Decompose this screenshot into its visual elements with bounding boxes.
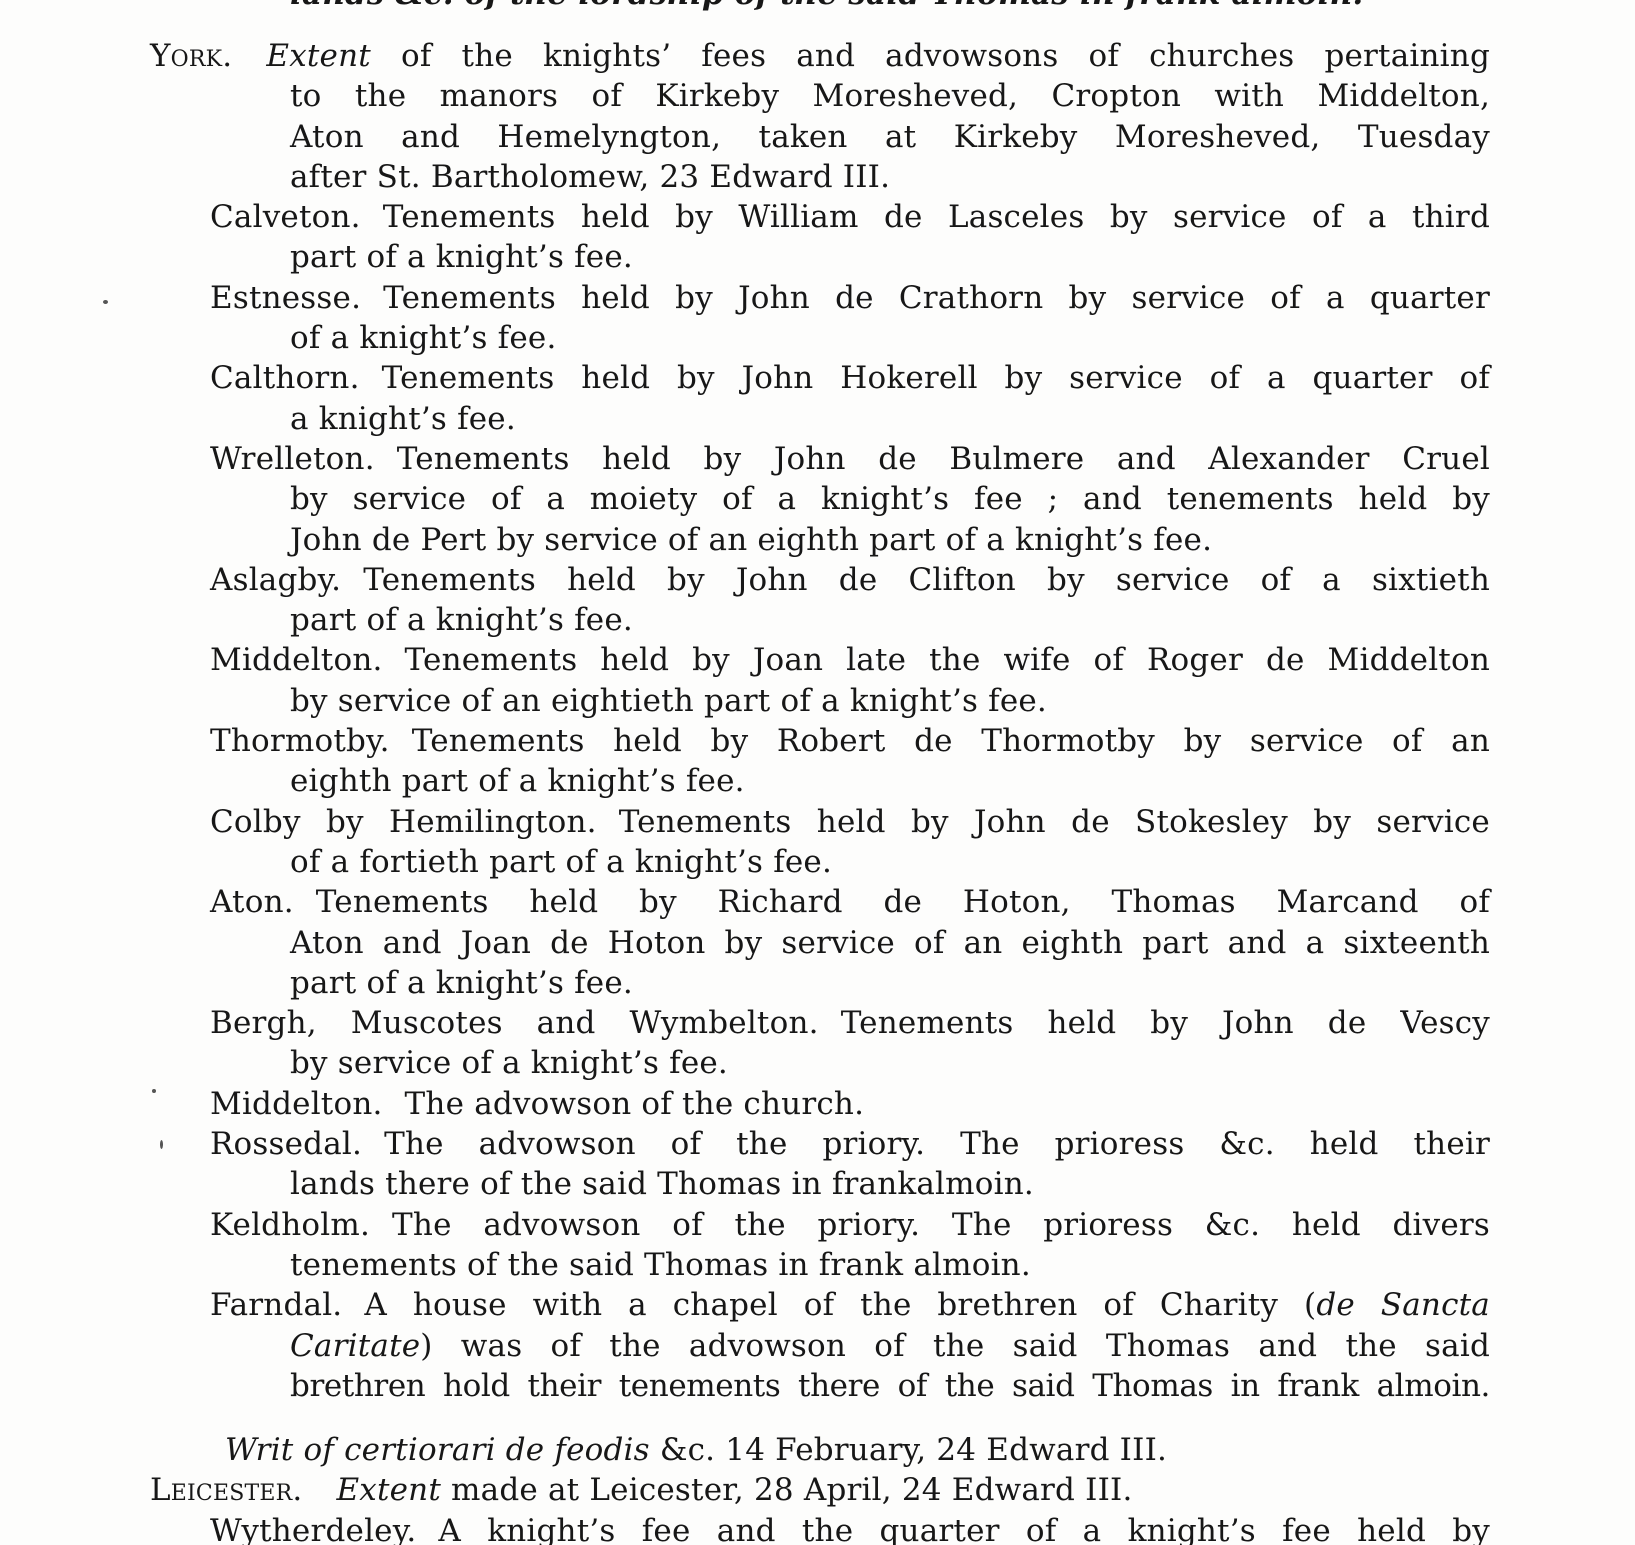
text-segment: part of a knight’s fee. [290, 965, 633, 1001]
text-line: Thormotby.Tenements held by Robert de Th… [150, 721, 1490, 761]
text-line: of a knight’s fee. [150, 318, 1490, 358]
place-label: Calthorn. [210, 360, 360, 396]
text-segment: Tenements held by John Hokerell by servi… [382, 360, 1490, 396]
place-label: Keldholm. [210, 1207, 370, 1243]
text-segment: The advowson of the priory. The prioress… [392, 1207, 1490, 1243]
county-label: York. [150, 38, 232, 74]
place-label: Calveton. [210, 199, 361, 235]
text-line: Wytherdeley.A knight’s fee and the quart… [150, 1511, 1490, 1545]
text-line: part of a knight’s fee. [150, 963, 1490, 1003]
text-segment: by service of a moiety of a knight’s fee… [290, 481, 1490, 517]
text-line: Colby by Hemilington.Tenements held by J… [150, 802, 1490, 842]
text-line: Writ of certiorari de feodis &c. 14 Febr… [150, 1430, 1490, 1470]
text-segment: after St. Bartholomew, 23 Edward III. [290, 159, 890, 195]
text-segment: John de Pert by service of an eighth par… [290, 522, 1212, 558]
text-segment: Tenements held by Joan late the wife of … [405, 642, 1490, 678]
place-label: Thormotby. [210, 723, 390, 759]
place-label: Middelton. [210, 1086, 383, 1122]
text-line: tenements of the said Thomas in frank al… [150, 1245, 1490, 1285]
text-segment: made at Leicester, 28 April, 24 Edward I… [441, 1472, 1133, 1508]
text-line: Caritate) was of the advowson of the sai… [150, 1326, 1490, 1366]
text-line: part of a knight’s fee. [150, 600, 1490, 640]
top-cutoff-line: lands &c. of the lordship of the said Th… [290, 0, 1490, 14]
text-line: Farndal.A house with a chapel of the bre… [150, 1285, 1490, 1325]
text-line: Keldholm.The advowson of the priory. The… [150, 1205, 1490, 1245]
text-segment: Tenements held by John de Clifton by ser… [363, 562, 1490, 598]
place-label: Middelton. [210, 642, 383, 678]
text-line: Middelton.The advowson of the church. [150, 1084, 1490, 1124]
text-segment: Tenements held by John de Stokesley by s… [619, 804, 1490, 840]
county-label: Leicester. [150, 1472, 302, 1508]
place-label: Wrelleton. [210, 441, 375, 477]
text-segment: A knight’s fee and the quarter of a knig… [438, 1513, 1490, 1545]
place-label: Bergh, Muscotes and Wymbelton. [210, 1005, 819, 1041]
text-line: of a fortieth part of a knight’s fee. [150, 842, 1490, 882]
text-line: Wrelleton.Tenements held by John de Bulm… [150, 439, 1490, 479]
text-segment: part of a knight’s fee. [290, 602, 633, 638]
text-segment: The advowson of the priory. The prioress… [384, 1126, 1490, 1162]
place-label: Aton. [210, 884, 294, 920]
text-line: brethren hold their tenements there of t… [150, 1366, 1490, 1406]
text-segment: Aton and Hemelyngton, taken at Kirkeby M… [290, 119, 1490, 155]
place-label: Farndal. [210, 1287, 342, 1323]
text-segment: Caritate [290, 1328, 420, 1364]
text-line: Estnesse.Tenements held by John de Crath… [150, 278, 1490, 318]
place-label: Colby by Hemilington. [210, 804, 597, 840]
text-segment: of the knights’ fees and advowsons of ch… [371, 38, 1490, 74]
text-segment: to the manors of Kirkeby Moresheved, Cro… [290, 78, 1490, 114]
place-label: Estnesse. [210, 280, 361, 316]
scan-speckle [160, 1140, 163, 1149]
text-line: by service of an eightieth part of a kni… [150, 681, 1490, 721]
text-segment: by service of an eightieth part of a kni… [290, 683, 1047, 719]
text-segment: Tenements held by John de Bulmere and Al… [397, 441, 1490, 477]
text-segment: part of a knight’s fee. [290, 239, 633, 275]
page-text-column: York.Extent of the knights’ fees and adv… [150, 36, 1490, 1545]
text-line: by service of a knight’s fee. [150, 1043, 1490, 1083]
text-segment: Writ of certiorari de feodis [225, 1432, 650, 1468]
text-segment: A house with a chapel of the brethren of… [364, 1287, 1316, 1323]
text-line: Middelton.Tenements held by Joan late th… [150, 640, 1490, 680]
text-segment: Tenements held by William de Lasceles by… [383, 199, 1490, 235]
text-segment: a knight’s fee. [290, 401, 516, 437]
text-line: Aton and Joan de Hoton by service of an … [150, 923, 1490, 963]
text-line: Aslagby.Tenements held by John de Clifto… [150, 560, 1490, 600]
text-line: a knight’s fee. [150, 399, 1490, 439]
place-label: Wytherdeley. [210, 1513, 416, 1545]
text-segment: Extent [266, 38, 371, 74]
text-line: to the manors of Kirkeby Moresheved, Cro… [150, 76, 1490, 116]
text-line: Bergh, Muscotes and Wymbelton.Tenements … [150, 1003, 1490, 1043]
text-segment: eighth part of a knight’s fee. [290, 763, 745, 799]
place-label: Aslagby. [210, 562, 341, 598]
text-line: eighth part of a knight’s fee. [150, 761, 1490, 801]
text-segment: Extent [336, 1472, 441, 1508]
text-segment: tenements of the said Thomas in frank al… [290, 1247, 1031, 1283]
text-line: after St. Bartholomew, 23 Edward III. [150, 157, 1490, 197]
text-segment: brethren hold their tenements there of t… [290, 1368, 1490, 1404]
text-segment: lands there of the said Thomas in franka… [290, 1166, 1034, 1202]
text-line: Leicester.Extent made at Leicester, 28 A… [150, 1470, 1490, 1510]
text-line: part of a knight’s fee. [150, 237, 1490, 277]
text-segment: &c. 14 February, 24 Edward III. [650, 1432, 1167, 1468]
scan-speckle [103, 300, 108, 304]
text-line: Rossedal.The advowson of the priory. The… [150, 1124, 1490, 1164]
scan-speckle [152, 1089, 156, 1093]
text-segment: Aton and Joan de Hoton by service of an … [290, 925, 1490, 961]
text-segment: Tenements held by Robert de Thormotby by… [412, 723, 1490, 759]
text-segment: Tenements held by John de Vescy [841, 1005, 1490, 1041]
text-line: York.Extent of the knights’ fees and adv… [150, 36, 1490, 76]
text-line: Aton and Hemelyngton, taken at Kirkeby M… [150, 117, 1490, 157]
text-segment: of a knight’s fee. [290, 320, 557, 356]
text-segment: by service of a knight’s fee. [290, 1045, 728, 1081]
place-label: Rossedal. [210, 1126, 362, 1162]
text-segment: The advowson of the church. [405, 1086, 865, 1122]
text-line: lands there of the said Thomas in franka… [150, 1164, 1490, 1204]
document-page: lands &c. of the lordship of the said Th… [0, 0, 1635, 1545]
text-line: by service of a moiety of a knight’s fee… [150, 479, 1490, 519]
text-segment: de Sancta [1316, 1287, 1490, 1323]
text-segment: ) was of the advowson of the said Thomas… [420, 1328, 1490, 1364]
text-segment: of a fortieth part of a knight’s fee. [290, 844, 832, 880]
text-line: Aton.Tenements held by Richard de Hoton,… [150, 882, 1490, 922]
text-line: John de Pert by service of an eighth par… [150, 520, 1490, 560]
text-line: Calthorn.Tenements held by John Hokerell… [150, 358, 1490, 398]
text-line: Calveton.Tenements held by William de La… [150, 197, 1490, 237]
text-segment: Tenements held by Richard de Hoton, Thom… [316, 884, 1490, 920]
text-segment: Tenements held by John de Crathorn by se… [383, 280, 1490, 316]
